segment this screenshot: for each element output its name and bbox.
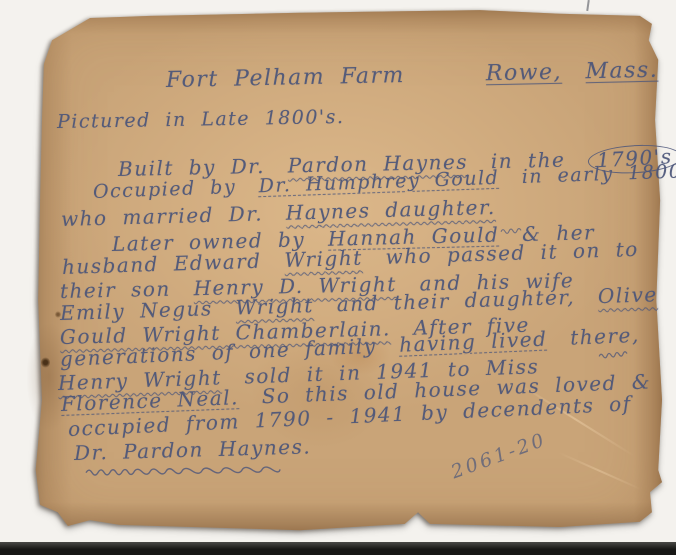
catalog-number: 2061-20 <box>448 428 549 483</box>
scanner-edge-bar <box>0 542 676 555</box>
scanned-handwritten-note: Fort Pelham Farm Rowe, Mass. Pictured in… <box>0 0 676 555</box>
title-gap <box>429 81 463 82</box>
small-squiggle <box>598 347 629 360</box>
handwriting-layer: Fort Pelham Farm Rowe, Mass. Pictured in… <box>0 0 676 555</box>
subtitle-line: Pictured in Late 1800's. <box>57 106 345 133</box>
underlined-phrase: having lived <box>399 327 548 357</box>
subtitle-text: Pictured in Late 1800's. <box>57 106 345 133</box>
text-segment: there, <box>570 323 640 350</box>
underlined-name: Wright <box>235 293 314 319</box>
town-name: Rowe, <box>486 60 563 87</box>
flourish-squiggle <box>84 462 284 477</box>
underlined-name: Haynes daughter. <box>285 195 495 225</box>
text-segment: who married Dr. <box>61 201 264 231</box>
text-segment: Occupied by <box>93 176 237 203</box>
underlined-name: Wright <box>284 246 363 272</box>
farm-name: Fort Pelham Farm <box>166 63 405 93</box>
underlined-name: Olive <box>597 282 658 308</box>
title-line: Fort Pelham Farm Rowe, Mass. <box>166 58 659 93</box>
state-name: Mass. <box>585 58 658 85</box>
